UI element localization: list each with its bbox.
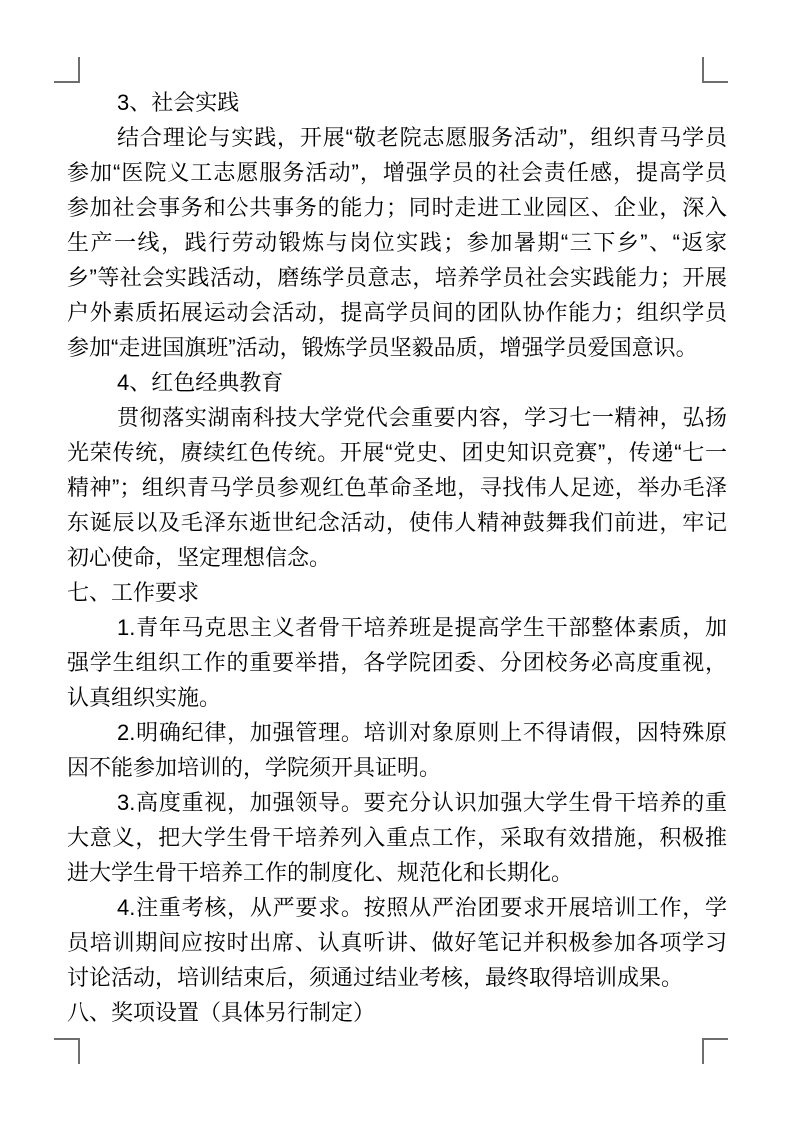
text-line: 2.明确纪律，加强管理。培训对象原则上不得请假，因特殊原 [67, 715, 727, 750]
document-page: 3、社会实践 结合理论与实践，开展“敬老院志愿服务活动”，组织青马学员 参加“医… [0, 0, 794, 1123]
text-line: 进大学生骨干培养工作的制度化、规范化和长期化。 [67, 855, 727, 890]
text-line: 因不能参加培训的，学院须开具证明。 [67, 750, 727, 785]
text-line: 1.青年马克思主义者骨干培养班是提高学生干部整体素质，加 [67, 610, 727, 645]
text-line: 参加社会事务和公共事务的能力；同时走进工业园区、企业，深入 [67, 190, 727, 225]
heading-social-practice: 3、社会实践 [67, 85, 727, 120]
text-line: 生产一线，践行劳动锻炼与岗位实践；参加暑期“三下乡”、“返家 [67, 225, 727, 260]
text-line: 大意义，把大学生骨干培养列入重点工作，采取有效措施，积极推 [67, 820, 727, 855]
text-line: 初心使命，坚定理想信念。 [67, 540, 727, 575]
text-line: 光荣传统，赓续红色传统。开展“党史、团史知识竞赛”，传递“七一 [67, 435, 727, 470]
heading-red-classic-education: 4、红色经典教育 [67, 365, 727, 400]
crop-mark-bottom-left-icon [54, 1038, 80, 1064]
text-line: 认真组织实施。 [67, 680, 727, 715]
document-body: 3、社会实践 结合理论与实践，开展“敬老院志愿服务活动”，组织青马学员 参加“医… [67, 85, 727, 1030]
heading-work-requirements: 七、工作要求 [67, 575, 727, 610]
text-line: 参加“走进国旗班”活动，锻炼学员坚毅品质，增强学员爱国意识。 [67, 330, 727, 365]
text-line: 户外素质拓展运动会活动，提高学员间的团队协作能力；组织学员 [67, 295, 727, 330]
crop-mark-top-right-icon [702, 57, 728, 83]
text-line: 讨论活动，培训结束后，须通过结业考核，最终取得培训成果。 [67, 960, 727, 995]
text-line: 东诞辰以及毛泽东逝世纪念活动，使伟人精神鼓舞我们前进，牢记 [67, 505, 727, 540]
heading-awards-setup: 八、奖项设置（具体另行制定） [67, 995, 727, 1030]
crop-mark-top-left-icon [54, 57, 80, 83]
text-line: 参加“医院义工志愿服务活动”，增强学员的社会责任感，提高学员 [67, 155, 727, 190]
text-line: 4.注重考核，从严要求。按照从严治团要求开展培训工作，学 [67, 890, 727, 925]
crop-mark-bottom-right-icon [702, 1038, 728, 1064]
text-line: 员培训期间应按时出席、认真听讲、做好笔记并积极参加各项学习 [67, 925, 727, 960]
text-line: 结合理论与实践，开展“敬老院志愿服务活动”，组织青马学员 [67, 120, 727, 155]
text-line: 强学生组织工作的重要举措，各学院团委、分团校务必高度重视， [67, 645, 727, 680]
text-line: 乡”等社会实践活动，磨练学员意志，培养学员社会实践能力；开展 [67, 260, 727, 295]
text-line: 3.高度重视，加强领导。要充分认识加强大学生骨干培养的重 [67, 785, 727, 820]
text-line: 贯彻落实湖南科技大学党代会重要内容，学习七一精神，弘扬 [67, 400, 727, 435]
text-line: 精神”；组织青马学员参观红色革命圣地，寻找伟人足迹，举办毛泽 [67, 470, 727, 505]
